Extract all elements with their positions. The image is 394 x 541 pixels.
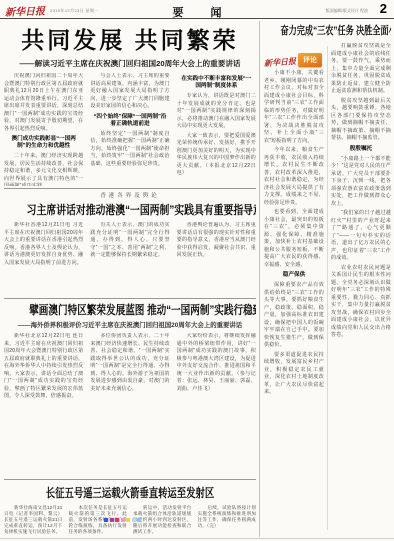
article-a-subtitle: ——解读习近平主席在庆祝澳门回归祖国20周年大会上的重要讲话 — [4, 58, 256, 69]
article-e-subhead-left: 稳产保供 — [266, 272, 322, 279]
page-bottom-rule — [0, 538, 394, 539]
paragraph: 农业农村农民问题是关系国计民生的根本性问题。全党务必深刻认识做好明年“三农”工作… — [331, 265, 391, 340]
article-hk-response: 香港各界及舆论 习主席讲话对推动港澳“一国两制”实践具有重要指导意义 新华社香港… — [4, 191, 256, 296]
masthead: 新华日报 2019年12月23日 星期一 要 闻 版面编辑/版式设计 程波 2 — [0, 0, 394, 18]
paragraph: 新华社海南文昌12月21日电（记者李国利、黎云）长征五号遥三运载火箭21日完成垂… — [4, 505, 63, 535]
article-e-col-right: 打赢脱贫攻坚战是全面建成小康社会的底线任务。要一鼓作气、乘势而上，集中力量全面完… — [331, 43, 391, 531]
article-divider — [4, 479, 256, 480]
paragraph: 专家认为，讲话既是对澳门二十年发展成就的充分肯定，也是对“一国两制”实践规律的深… — [177, 93, 256, 131]
paragraph: 多位侨团负责人表示，二十年来澳门经济快速增长、民生持续改善、社会稳定和谐，“一国… — [90, 333, 169, 393]
registration-mark — [115, 518, 119, 522]
article-d-headline: 长征五号遥三运载火箭垂直转运至发射区 — [4, 484, 256, 501]
paragraph: 也要看到，全面建成小康社会，最突出的短板在“三农”。必须集中资源、强化保障、精准… — [264, 209, 324, 269]
article-e-headline-text: 奋力完成“三农”任务 决胜全面小康 — [281, 22, 375, 38]
paragraph: 香港舆论普遍认为，习主席重要讲话具有很强的现实针对性和重要的指导意义，香港应当从… — [177, 222, 256, 260]
editorial-badge: 评论 — [298, 53, 322, 67]
paragraph: 后续，试验队将按计划实施全系统演练和推进剂加注等工作，确保任务圆满成功。（完） — [198, 505, 257, 529]
article-a-col2: 与会人士表示，习主席的重要讲话高屋建瓴、内涵丰富，为澳门更好融入国家发展大局指明… — [90, 73, 169, 186]
column-rule-editorial — [327, 46, 328, 530]
paragraph: 庆祝澳门回归祖国二十周年大会暨澳门特别行政区第五届政府就职典礼12月20日上午在… — [4, 73, 83, 133]
paragraph: 今年以来，粮食生产再获丰收，农民收入持续增长，农村民生不断改善，农村改革深入推进… — [264, 147, 324, 207]
editorial-logo: 新华日报 评论 — [264, 43, 324, 67]
article-a-subhead-1: 澳门成功实践彰显“一国两制”的生命力和优越性 — [6, 136, 81, 150]
article-c-headline-text: 擘画澳门特区繁荣发展蓝图 推动“一国两制”实践行稳致远 — [29, 301, 231, 318]
registration-mark — [121, 518, 125, 522]
masthead-editors: 版面编辑/版式设计 程波 — [326, 8, 368, 14]
article-c-subtitle: ——海外侨界积极评价习近平主席在庆祝澳门回归祖国20周年大会上的重要讲话 — [4, 320, 256, 329]
article-b-headline-text: 习主席讲话对推动港澳“一国两制”实践具有重要指导意义 — [27, 201, 234, 218]
article-a-subhead-2: “四个始终”保障“一国两制”沿着正确轨道前进 — [92, 114, 167, 128]
article-overseas-chinese: 擘画澳门特区繁荣发展蓝图 推动“一国两制”实践行稳致远 ——海外侨界积极评价习近… — [4, 301, 256, 477]
article-long-march-5: 长征五号遥三运载火箭垂直转运至发射区 新华社海南文昌12月21日电（记者李国利、… — [4, 481, 256, 537]
paragraph: 小康不小康，关键看老乡。刚刚闭幕的中央农村工作会议，对标对表全面建成小康社会目标… — [264, 70, 324, 145]
registration-mark — [126, 518, 130, 522]
masthead-rule — [0, 18, 394, 19]
paragraph: 转运中，活动发射平台承载火箭组合体沿轨道缓缓行驶约两小时到达发射区，随后将开展功… — [133, 505, 192, 535]
paragraph: 二十年来，澳门经济实现跨越发展，居民生活持续改善，社会保持稳定和谐，多元文化交相… — [4, 153, 83, 186]
registration-mark — [110, 518, 114, 522]
paragraph: 新华社北京12月22日电 连日来，习近平主席在庆祝澳门回归祖国20周年大会暨澳门… — [4, 333, 83, 401]
article-a-body: 庆祝澳门回归祖国二十周年大会暨澳门特别行政区第五届政府就职典礼12月20日上午在… — [4, 73, 256, 186]
paragraph: 始终坚定“一国两制”制度自信，始终准确把握“一国两制”正确方向，始终强化“一国两… — [90, 131, 169, 169]
article-a-col1: 庆祝澳门回归祖国二十周年大会暨澳门特别行政区第五届政府就职典礼12月20日上午在… — [4, 73, 83, 186]
article-d-headline-text: 长征五号遥三运载火箭垂直转运至发射区 — [32, 484, 229, 501]
article-divider — [4, 298, 256, 299]
newspaper-page: 新华日报 2019年12月23日 星期一 要 闻 版面编辑/版式设计 程波 2 … — [0, 0, 394, 541]
paragraph: 要多渠道促进农民持续增收，发展富民乡村产业，积极稳定农民工就业，深化农村土地制度… — [264, 352, 324, 397]
article-c-body: 新华社北京12月22日电 连日来，习近平主席在庆祝澳门回归祖国20周年大会暨澳门… — [4, 333, 256, 403]
article-divider — [4, 188, 256, 189]
column-rule-main — [259, 21, 260, 537]
article-a-subhead-3: 在实践中不断丰富和发展“一国两制”制度体系 — [179, 76, 254, 90]
paragraph: “小康路上一个都不能少！”这是党对人民的庄严承诺。广大党员干部要扑下身子、沉到一… — [331, 156, 391, 209]
article-e-headline: 奋力完成“三农”任务 决胜全面小康 — [264, 22, 391, 38]
paragraph: 有关人士表示，澳门的成功实践充分证明“一国两制”完全行得通、办得到、得人心。只要… — [90, 222, 169, 260]
print-registration-marks — [104, 518, 141, 522]
registration-mark — [137, 518, 141, 522]
paragraph: 与会人士表示，习主席的重要讲话高屋建瓴、内涵丰富，为澳门更好融入国家发展大局指明… — [90, 73, 169, 111]
paragraph: 脱贫攻坚越到最后关头，越要响鼓重锤。各地区各部门要保持攻坚态势，做到摘帽不摘责任… — [331, 98, 391, 143]
registration-mark — [104, 518, 108, 522]
article-e-col-left: 新华日报 评论 小康不小康，关键看老乡。刚刚闭幕的中央农村工作会议，对标对表全面… — [264, 43, 324, 531]
article-b-body: 新华社香港12月21日电 习近平主席在庆祝澳门回归祖国20周年大会上的重要讲话在… — [4, 222, 256, 269]
paragraph: 保障重要农产品有效供给始终是“三农”工作的头等大事。要抓好粮食生产，稳政策、稳面… — [264, 282, 324, 350]
page-number: 2 — [380, 1, 387, 16]
paragraph: “我们家的日子越过越红火”“村里的产业旺起来了”“路通了，心气更顺了”——一句句… — [331, 210, 391, 263]
article-common-development: 共同发展 共同繁荣 ——解读习近平主席在庆祝澳门回归祖国20周年大会上的重要讲话… — [4, 22, 256, 186]
paragraph: 大家一致表示，要把爱国爱澳光荣传统传承好、发扬好，携手开创澳门更加美好的明天，为… — [177, 133, 256, 178]
paragraph: 新华社香港12月21日电 习近平主席在庆祝澳门回归祖国20周年大会上的重要讲话在… — [4, 222, 83, 267]
article-b-headline: 习主席讲话对推动港澳“一国两制”实践具有重要指导意义 — [4, 201, 256, 218]
article-c-headline: 擘画澳门特区繁荣发展蓝图 推动“一国两制”实践行稳致远 — [4, 301, 256, 318]
editorial-logo-script: 新华日报 — [264, 57, 296, 68]
registration-mark — [132, 518, 136, 522]
article-b-kicker: 香港各界及舆论 — [4, 191, 256, 199]
article-e-subhead-right: 殷殷嘱托 — [333, 146, 389, 153]
article-a-col3: 在实践中不断丰富和发展“一国两制”制度体系 专家认为，讲话既是对澳门二十年发展成… — [177, 73, 256, 186]
article-a-headline: 共同发展 共同繁荣 — [4, 22, 256, 55]
paragraph: 打赢脱贫攻坚战是全面建成小康社会的底线任务。要一鼓作气、乘势而上，集中力量全面完… — [331, 43, 391, 96]
paragraph: 大家纷纷表示，将继续发挥融通中外的桥梁纽带作用，讲好“一国两制”成功实践的澳门故… — [177, 333, 256, 393]
